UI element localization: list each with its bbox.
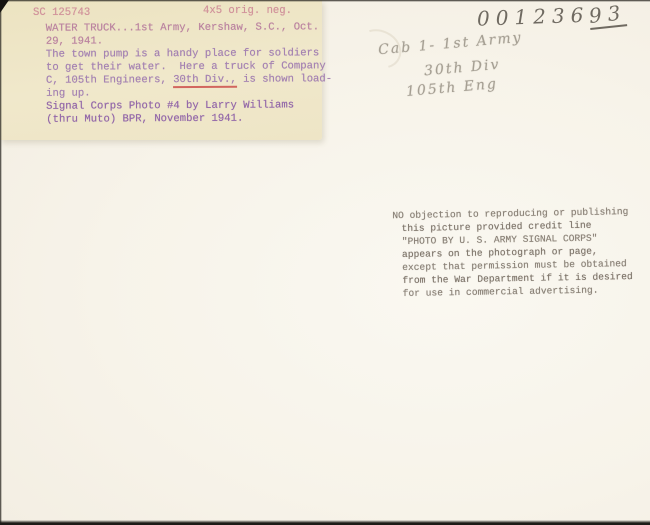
scan-edge-left — [0, 0, 2, 525]
scan-edge-bottom — [0, 520, 650, 525]
scan-corner-top-left — [0, 0, 9, 13]
handwritten-note-line-3: 105th Eng — [405, 76, 498, 100]
ring-smudge-mark — [350, 22, 408, 76]
credit-line-2: (thru Muto) BPR, November 1941. — [46, 112, 332, 126]
caption-slip: SC 125743 4x5 orig. neg. WATER TRUCK...1… — [0, 0, 322, 140]
negative-size-note: 4x5 orig. neg. — [203, 5, 292, 17]
photo-id-number: SC 125743 — [33, 7, 90, 19]
signal-corps-stamp: NO objection to reproducing or publishin… — [392, 205, 646, 300]
caption-body-line-3-pre: C, 105th Engineers, — [46, 74, 173, 87]
caption-body-line-3-post: is shown load- — [237, 73, 332, 85]
scan-edge-top — [0, 0, 650, 2]
photo-verso-scan: SC 125743 4x5 orig. neg. WATER TRUCK...1… — [0, 0, 650, 525]
serial-underlined-digits: 93 — [588, 0, 628, 30]
caption-title-line-1: WATER TRUCK...1st Army, Kershaw, S.C., O… — [46, 21, 332, 35]
division-underlined-text: 30th Div., — [173, 74, 237, 88]
caption-body-line-3: C, 105th Engineers, 30th Div., is shown … — [46, 73, 332, 87]
credit-line-1: Signal Corps Photo #4 by Larry Williams — [46, 99, 332, 113]
typed-caption: WATER TRUCK...1st Army, Kershaw, S.C., O… — [46, 21, 333, 126]
serial-prefix: 001236 — [477, 3, 590, 31]
handwritten-serial-number: 00123693 — [477, 1, 628, 32]
